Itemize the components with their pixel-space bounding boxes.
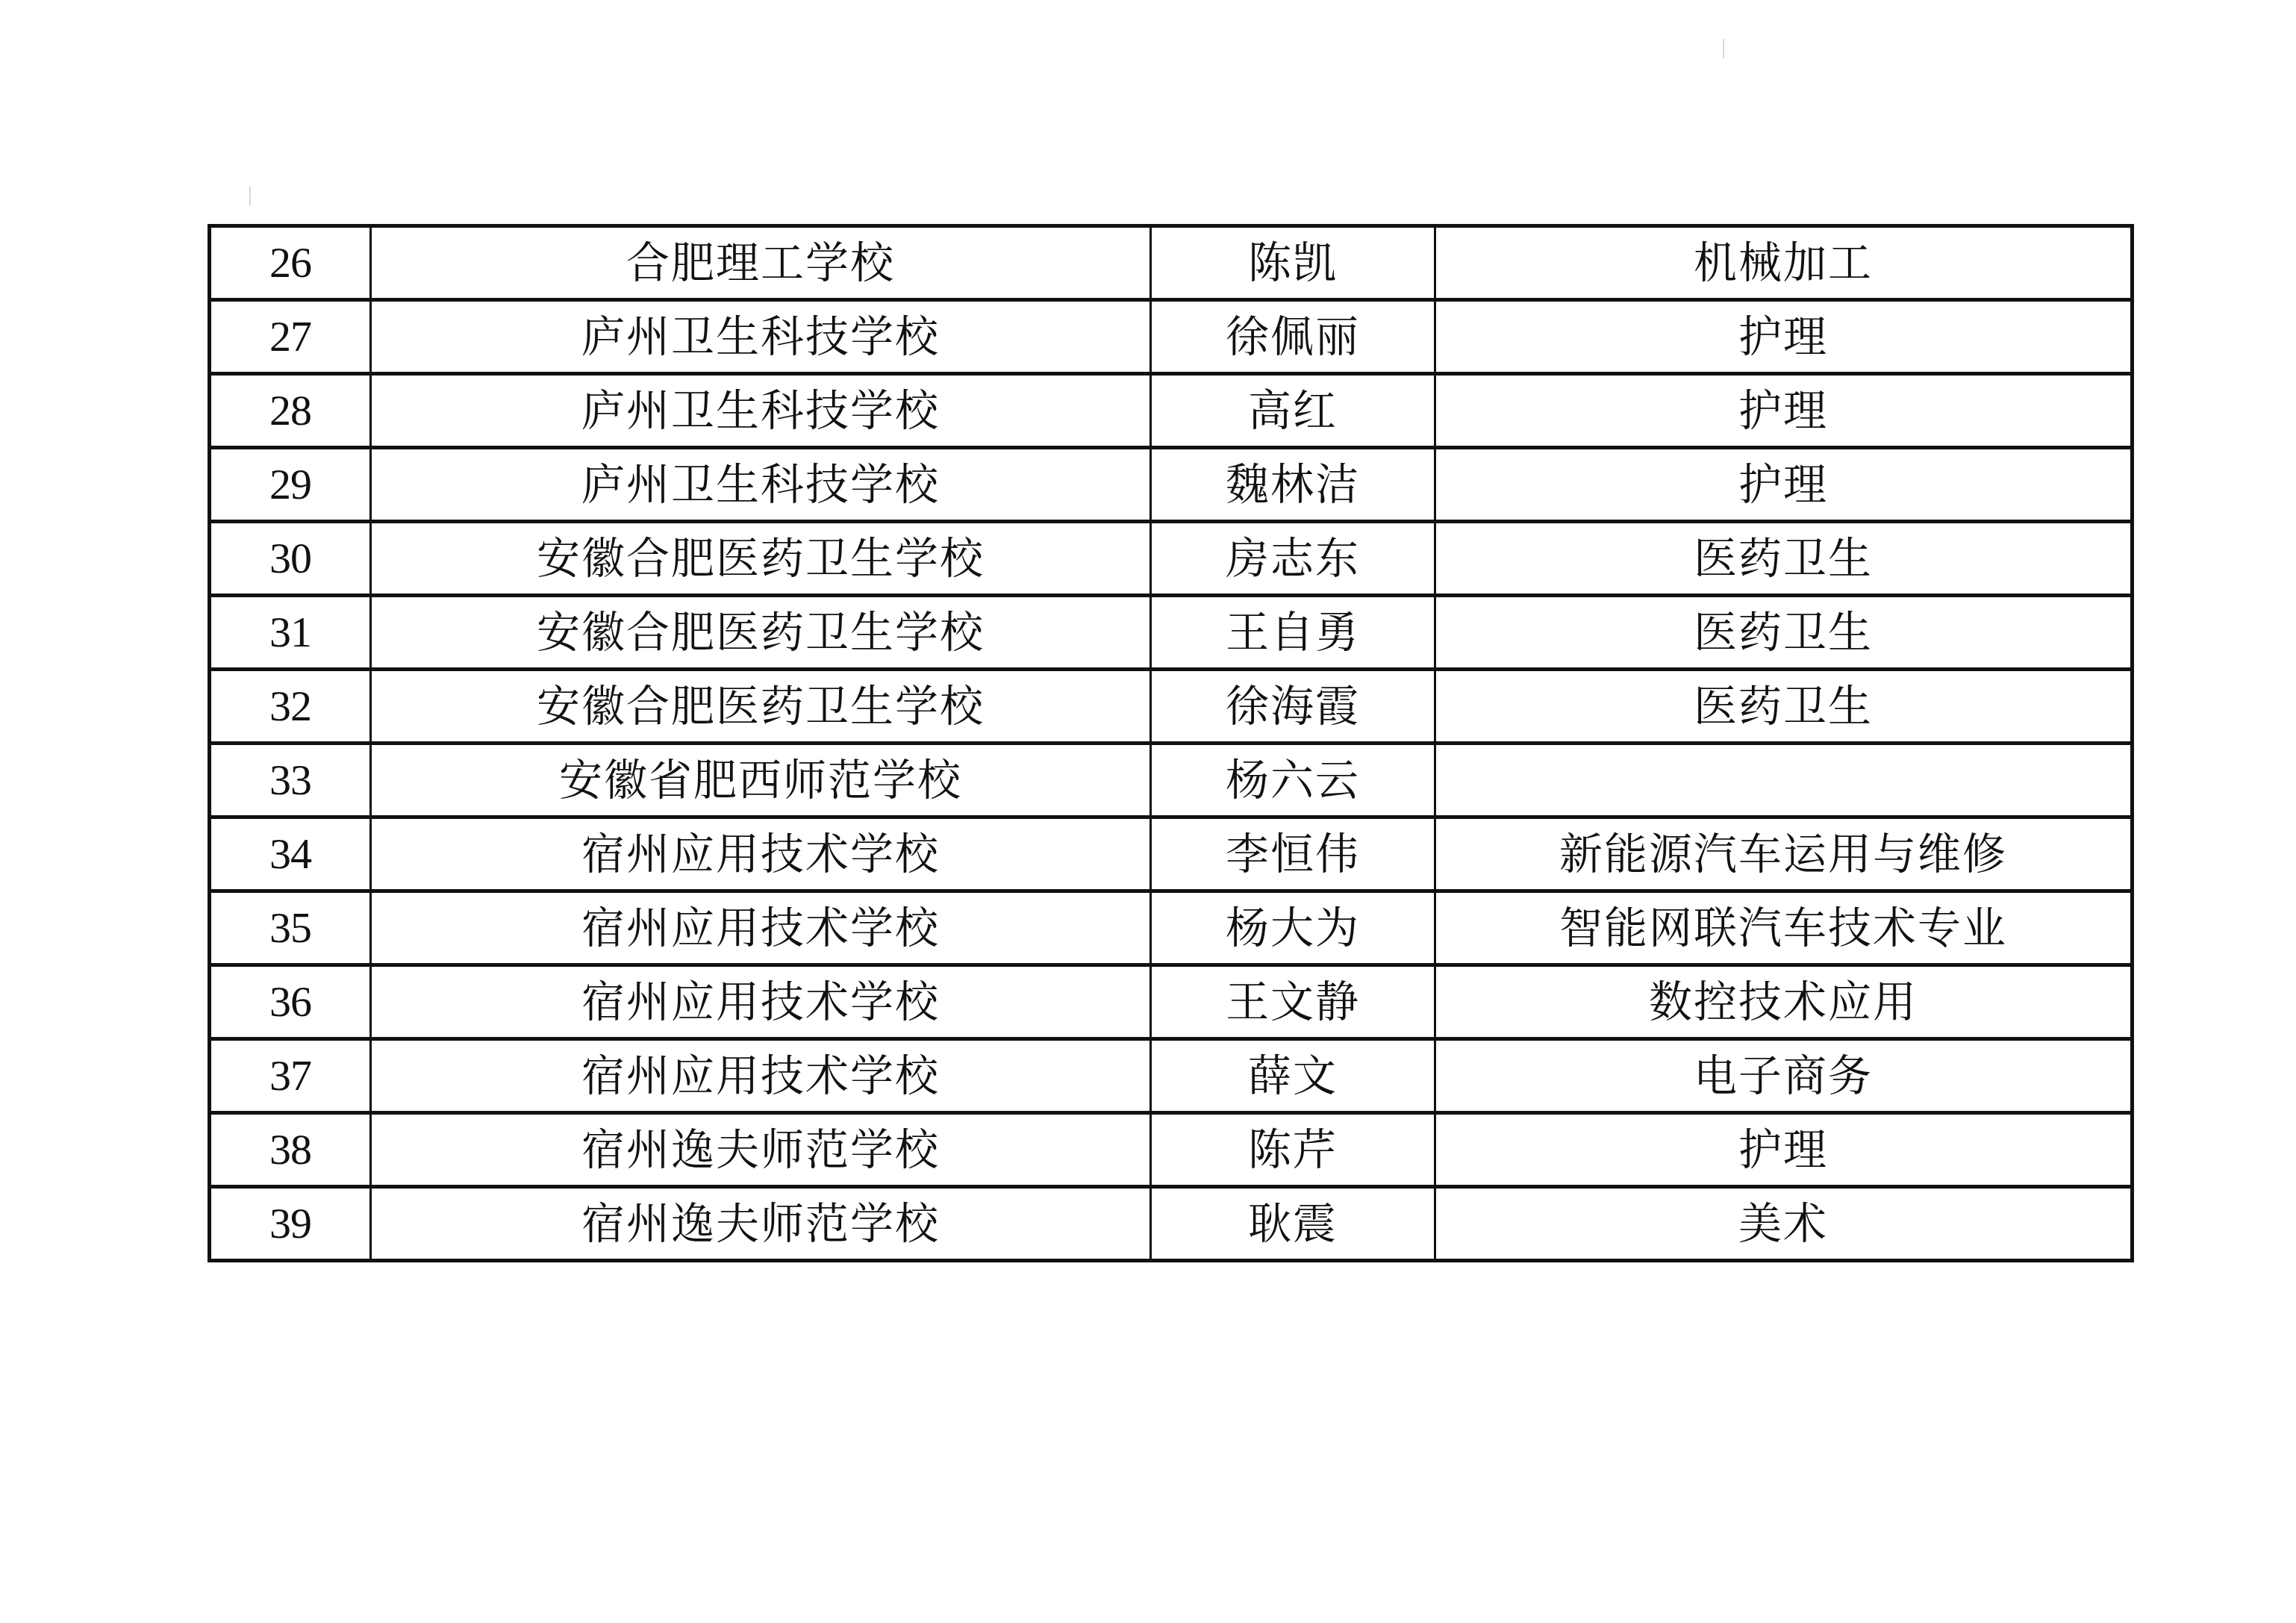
- row-number-cell: 39: [210, 1187, 371, 1261]
- name-cell: 陈芹: [1151, 1113, 1435, 1187]
- table-row: 31 安徽合肥医药卫生学校 王自勇 医药卫生: [210, 596, 2133, 670]
- table-row: 38 宿州逸夫师范学校 陈芹 护理: [210, 1113, 2133, 1187]
- name-cell: 李恒伟: [1151, 817, 1435, 891]
- name-cell: 陈凯: [1151, 226, 1435, 300]
- major-cell: 医药卫生: [1435, 522, 2133, 596]
- school-cell: 宿州应用技术学校: [371, 965, 1151, 1039]
- school-cell: 宿州应用技术学校: [371, 1039, 1151, 1113]
- name-cell: 王文静: [1151, 965, 1435, 1039]
- major-cell: 护理: [1435, 374, 2133, 448]
- row-number-cell: 34: [210, 817, 371, 891]
- school-cell: 宿州应用技术学校: [371, 817, 1151, 891]
- major-cell: 机械加工: [1435, 226, 2133, 300]
- name-cell: 杨大为: [1151, 891, 1435, 965]
- name-cell: 魏林洁: [1151, 448, 1435, 522]
- row-number-cell: 37: [210, 1039, 371, 1113]
- school-cell: 安徽合肥医药卫生学校: [371, 670, 1151, 744]
- roster-table: 26 合肥理工学校 陈凯 机械加工 27 庐州卫生科技学校 徐佩丽 护理 28 …: [208, 224, 2134, 1262]
- major-cell: [1435, 744, 2133, 817]
- school-cell: 安徽省肥西师范学校: [371, 744, 1151, 817]
- scanned-document-page: 26 合肥理工学校 陈凯 机械加工 27 庐州卫生科技学校 徐佩丽 护理 28 …: [0, 0, 2296, 1623]
- table-row: 28 庐州卫生科技学校 高红 护理: [210, 374, 2133, 448]
- row-number-cell: 26: [210, 226, 371, 300]
- table-row: 36 宿州应用技术学校 王文静 数控技术应用: [210, 965, 2133, 1039]
- row-number-cell: 27: [210, 300, 371, 374]
- school-cell: 安徽合肥医药卫生学校: [371, 522, 1151, 596]
- row-number-cell: 35: [210, 891, 371, 965]
- row-number-cell: 29: [210, 448, 371, 522]
- name-cell: 耿震: [1151, 1187, 1435, 1261]
- major-cell: 新能源汽车运用与维修: [1435, 817, 2133, 891]
- name-cell: 房志东: [1151, 522, 1435, 596]
- school-cell: 庐州卫生科技学校: [371, 300, 1151, 374]
- school-cell: 合肥理工学校: [371, 226, 1151, 300]
- major-cell: 护理: [1435, 300, 2133, 374]
- name-cell: 徐佩丽: [1151, 300, 1435, 374]
- table-row: 29 庐州卫生科技学校 魏林洁 护理: [210, 448, 2133, 522]
- name-cell: 高红: [1151, 374, 1435, 448]
- major-cell: 护理: [1435, 1113, 2133, 1187]
- school-cell: 宿州应用技术学校: [371, 891, 1151, 965]
- row-number-cell: 32: [210, 670, 371, 744]
- major-cell: 电子商务: [1435, 1039, 2133, 1113]
- school-cell: 宿州逸夫师范学校: [371, 1113, 1151, 1187]
- row-number-cell: 33: [210, 744, 371, 817]
- major-cell: 美术: [1435, 1187, 2133, 1261]
- school-cell: 庐州卫生科技学校: [371, 448, 1151, 522]
- table-row: 26 合肥理工学校 陈凯 机械加工: [210, 226, 2133, 300]
- name-cell: 薛文: [1151, 1039, 1435, 1113]
- table-row: 30 安徽合肥医药卫生学校 房志东 医药卫生: [210, 522, 2133, 596]
- scan-artifact: [1723, 39, 1724, 58]
- major-cell: 医药卫生: [1435, 596, 2133, 670]
- scan-artifact: [249, 187, 251, 206]
- name-cell: 王自勇: [1151, 596, 1435, 670]
- school-cell: 庐州卫生科技学校: [371, 374, 1151, 448]
- row-number-cell: 28: [210, 374, 371, 448]
- table-row: 27 庐州卫生科技学校 徐佩丽 护理: [210, 300, 2133, 374]
- major-cell: 医药卫生: [1435, 670, 2133, 744]
- name-cell: 杨六云: [1151, 744, 1435, 817]
- row-number-cell: 31: [210, 596, 371, 670]
- row-number-cell: 38: [210, 1113, 371, 1187]
- major-cell: 数控技术应用: [1435, 965, 2133, 1039]
- table-row: 33 安徽省肥西师范学校 杨六云: [210, 744, 2133, 817]
- school-cell: 宿州逸夫师范学校: [371, 1187, 1151, 1261]
- row-number-cell: 30: [210, 522, 371, 596]
- major-cell: 护理: [1435, 448, 2133, 522]
- school-cell: 安徽合肥医药卫生学校: [371, 596, 1151, 670]
- major-cell: 智能网联汽车技术专业: [1435, 891, 2133, 965]
- table-row: 32 安徽合肥医药卫生学校 徐海霞 医药卫生: [210, 670, 2133, 744]
- table-row: 34 宿州应用技术学校 李恒伟 新能源汽车运用与维修: [210, 817, 2133, 891]
- table-row: 37 宿州应用技术学校 薛文 电子商务: [210, 1039, 2133, 1113]
- table-row: 39 宿州逸夫师范学校 耿震 美术: [210, 1187, 2133, 1261]
- row-number-cell: 36: [210, 965, 371, 1039]
- table-row: 35 宿州应用技术学校 杨大为 智能网联汽车技术专业: [210, 891, 2133, 965]
- name-cell: 徐海霞: [1151, 670, 1435, 744]
